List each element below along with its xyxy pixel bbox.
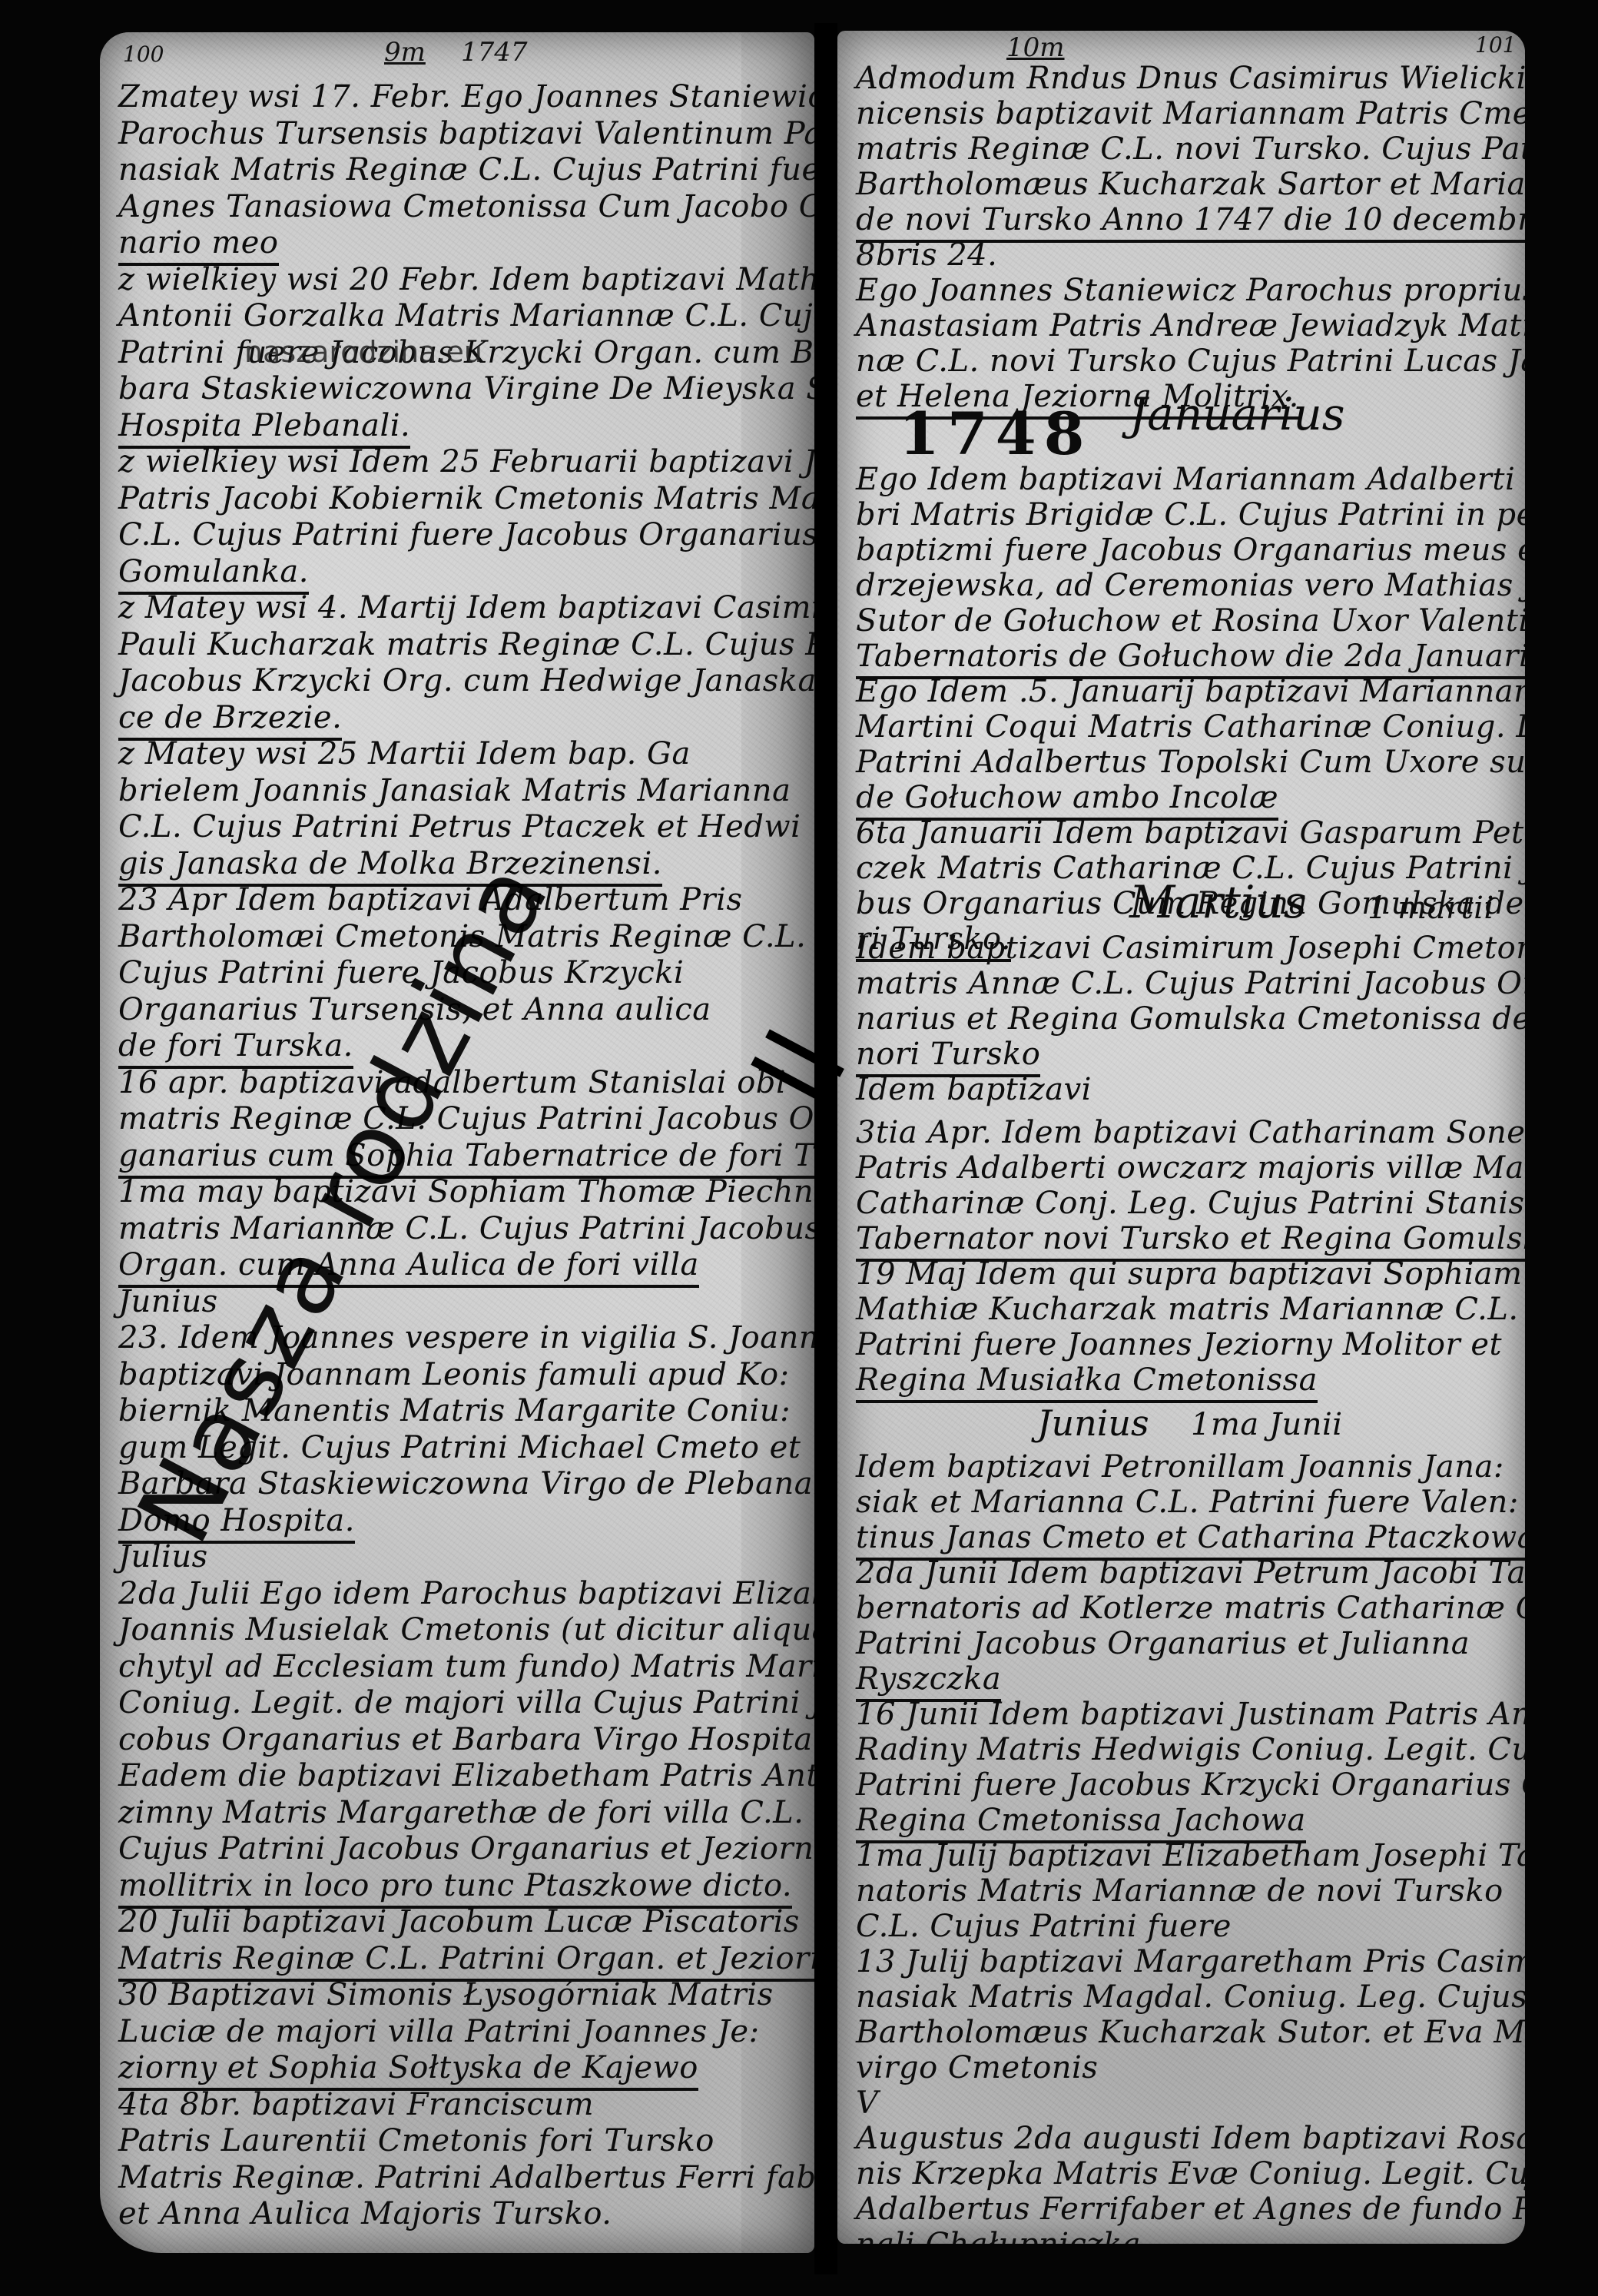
register-line: Gomulanka. <box>118 553 309 590</box>
register-line: 2da Junii Idem baptizavi Petrum Jacobi T… <box>856 1554 1525 1591</box>
register-line: Radiny Matris Hedwigis Coniug. Legit. Cu… <box>856 1731 1525 1768</box>
register-line: Antonii Gorzalka Matris Mariannæ C.L. Cu… <box>118 297 814 334</box>
register-line: Bartholomæus Kucharzak Sutor. et Eva Mar… <box>856 2014 1525 2051</box>
register-line: Admodum Rndus Dnus Casimirus Wielicki Pa… <box>856 60 1525 97</box>
register-line: Adalbertus Ferrifaber et Agnes de fundo … <box>856 2191 1525 2228</box>
month-heading-january: Januarius <box>1129 388 1345 440</box>
register-line: Regina Cmetonissa Jachowa <box>856 1802 1306 1839</box>
register-line: brielem Joannis Janasiak Matris Marianna <box>118 772 791 809</box>
register-line: Parochus Tursensis baptizavi Valentinum … <box>118 115 814 152</box>
register-line: et Anna Aulica Majoris Tursko. <box>118 2195 612 2232</box>
register-line: zimny Matris Margarethæ de fori villa C.… <box>118 1794 804 1831</box>
register-line: Pauli Kucharzak matris Reginæ C.L. Cujus… <box>118 626 814 663</box>
june-date: 1ma Junii <box>1191 1406 1343 1443</box>
register-line: Tabernator novi Tursko et Regina Gomulsk… <box>856 1220 1525 1257</box>
register-line: Regina Musiałka Cmetonissa <box>856 1362 1318 1399</box>
register-line: matris Annæ C.L. Cujus Patrini Jacobus O… <box>856 965 1525 1002</box>
register-line: nori Tursko <box>856 1036 1040 1073</box>
register-line: ce de Brzezie. <box>118 699 342 736</box>
register-line: Jacobus Krzycki Org. cum Hedwige Janaska… <box>118 662 814 699</box>
register-line: Hospita Plebanali. <box>118 407 410 444</box>
register-line: 16 Junii Idem baptizavi Justinam Patris … <box>856 1696 1525 1733</box>
register-line: Patrini fuere Joannes Jeziorny Molitor e… <box>856 1326 1502 1363</box>
year-heading: 1748 <box>899 400 1092 468</box>
register-line: Cujus Patrini Jacobus Organarius et Jezi… <box>118 1830 814 1867</box>
register-line: Ryszczka <box>856 1661 1001 1697</box>
register-line: z wielkiey wsi Idem 25 Februarii baptiza… <box>118 443 814 480</box>
register-line: nasiak Matris Magdal. Coniug. Leg. Cujus… <box>856 1979 1525 2016</box>
register-line: tinus Janas Cmeto et Catharina Ptaczkowa <box>856 1519 1525 1556</box>
register-line: de novi Tursko Anno 1747 die 10 decembr. <box>856 201 1525 238</box>
register-line: Zmatey wsi 17. Febr. Ego Joannes Staniew… <box>118 78 814 115</box>
register-line: V <box>856 2085 878 2122</box>
register-line: Patrini Jacobus Organarius et Julianna <box>856 1625 1470 1662</box>
register-line: Patris Laurentii Cmetonis fori Tursko <box>118 2122 714 2159</box>
register-line: Patris Adalberti owczarz majoris villæ M… <box>856 1150 1525 1186</box>
register-line: Catharinæ Conj. Leg. Cujus Patrini Stani… <box>856 1185 1525 1222</box>
register-line: C.L. Cujus Patrini fuere <box>856 1908 1232 1945</box>
register-line: bri Matris Brigidæ C.L. Cujus Patrini in… <box>856 496 1525 533</box>
register-line: Matris Reginæ. Patrini Adalbertus Ferri … <box>118 2159 814 2196</box>
register-line: Joannis Musielak Cmetonis (ut dicitur al… <box>118 1611 814 1648</box>
register-line: 19 Maj Idem qui supra baptizavi Sophiam <box>856 1256 1523 1292</box>
register-line: ziorny et Sophia Sołtyska de Kajewo <box>118 2049 698 2086</box>
register-line: Organ. cum Anna Aulica de fori villa <box>118 1246 699 1283</box>
register-line: Patris Jacobi Kobiernik Cmetonis Matris … <box>118 480 814 517</box>
register-line: Matris Reginæ C.L. Patrini Organ. et Jez… <box>118 1940 814 1977</box>
register-line: nasiak Matris Reginæ C.L. Cujus Patrini … <box>118 151 814 188</box>
register-line: z Matey wsi 4. Martij Idem baptizavi Cas… <box>118 589 814 626</box>
register-line: C.L. Cujus Patrini Petrus Ptaczek et Hed… <box>118 808 801 845</box>
register-line: matris Reginæ C.L. novi Tursko. Cujus Pa… <box>856 131 1525 168</box>
register-line: bara Staskiewiczowna Virgine De Mieyska … <box>118 370 814 407</box>
register-line: Junius <box>118 1283 218 1320</box>
register-line: 2da Julii Ego idem Parochus baptizavi El… <box>118 1575 814 1612</box>
register-line: Sutor de Gołuchow et Rosina Uxor Valenti… <box>856 602 1525 639</box>
register-line: Bartholomæus Kucharzak Sartor et Mariann… <box>856 166 1525 203</box>
register-line: z Matey wsi 25 Martii Idem bap. Ga <box>118 735 691 772</box>
register-line: 8bris 24. <box>856 237 997 274</box>
register-line: ganarius cum Sophia Tabernatrice de fori… <box>118 1137 814 1174</box>
register-line: Mathiæ Kucharzak matris Mariannæ C.L. Cu… <box>856 1291 1525 1328</box>
register-line: Idem baptizavi Petronillam Joannis Jana: <box>856 1448 1504 1485</box>
register-line: 1ma Julij baptizavi Elizabetham Josephi … <box>856 1837 1525 1874</box>
register-line: gis Janaska de Molka Brzezinensi. <box>118 845 662 882</box>
register-line: Ego Joannes Staniewicz Parochus proprius… <box>856 272 1525 309</box>
register-line: de fori Turska. <box>118 1027 353 1064</box>
register-line: Idem baptizavi <box>856 1071 1092 1108</box>
register-line: Augustus 2da augusti Idem baptizavi Rosa… <box>856 2120 1525 2157</box>
register-line: z wielkiey wsi 20 Febr. Idem baptizavi M… <box>118 261 814 298</box>
month-heading-march: Martius <box>1129 876 1307 928</box>
register-line: Agnes Tanasiowa Cmetonissa Cum Jacobo Or… <box>118 188 814 225</box>
register-line: Tabernatoris de Gołuchow die 2da Januari… <box>856 638 1525 675</box>
register-line: 30 Baptizavi Simonis Łysogórniak Matris <box>118 1976 774 2013</box>
register-line: 1ma may baptizavi Sophiam Thomæ Piechnar… <box>118 1173 814 1210</box>
register-line: matris Mariannæ C.L. Cujus Patrini Jacob… <box>118 1210 814 1247</box>
register-line: 13 Julij baptizavi Margaretham Pris Casi… <box>856 1943 1525 1980</box>
register-line: narius et Regina Gomulska Cmetonissa de … <box>856 1000 1525 1037</box>
book-gutter <box>814 23 837 2274</box>
register-line: bernatoris ad Kotlerze matris Catharinæ … <box>856 1590 1525 1627</box>
register-line: nario meo <box>118 224 279 261</box>
register-line: virgo Cmetonis <box>856 2049 1098 2086</box>
register-line: baptizmi fuere Jacobus Organarius meus e… <box>856 532 1525 569</box>
register-line: Anastasiam Patris Andreæ Jewiadzyk Matri… <box>856 307 1525 344</box>
register-line: siak et Marianna C.L. Patrini fuere Vale… <box>856 1484 1519 1521</box>
register-line: nicensis baptizavit Mariannam Patris Cme… <box>856 95 1525 132</box>
watermark-url: naszarodzina.eu <box>244 335 482 369</box>
register-line: Coniug. Legit. de majori villa Cujus Pat… <box>118 1684 814 1721</box>
register-line: Idem baptizavi Casimirum Josephi Cmetoni… <box>856 930 1525 967</box>
register-line: chytyl ad Ecclesiam tum fundo) Matris Ma… <box>118 1648 814 1685</box>
register-line: 20 Julii baptizavi Jacobum Lucæ Piscator… <box>118 1903 800 1940</box>
register-line: Patrini Adalbertus Topolski Cum Uxore su… <box>856 744 1525 781</box>
register-line: nis Krzepka Matris Evæ Coniug. Legit. Cu… <box>856 2155 1525 2192</box>
register-line: næ C.L. novi Tursko Cujus Patrini Lucas … <box>856 343 1525 380</box>
register-line: drzejewska, ad Ceremonias vero Mathias J… <box>856 567 1525 604</box>
register-line: 4ta 8br. baptizavi Franciscum <box>118 2086 594 2123</box>
month-heading-june: Junius <box>1037 1402 1149 1444</box>
register-line: mollitrix in loco pro tunc Ptaszkowe dic… <box>118 1867 792 1904</box>
right-page-entries: Admodum Rndus Dnus Casimirus Wielicki Pa… <box>837 31 1525 2244</box>
march-date: 1 martii <box>1368 890 1494 927</box>
register-line: Eadem die baptizavi Elizabetham Patris A… <box>118 1757 814 1794</box>
right-register-page: 10m 101 Admodum Rndus Dnus Casimirus Wie… <box>837 31 1525 2244</box>
register-line: 3tia Apr. Idem baptizavi Catharinam Sone… <box>856 1114 1525 1151</box>
register-line: C.L. Cujus Patrini fuere Jacobus Organar… <box>118 516 814 553</box>
register-line: de Gołuchow ambo Incolæ <box>856 779 1278 816</box>
register-line: Ego Idem .5. Januarij baptizavi Marianna… <box>856 673 1525 710</box>
register-line: natoris Matris Mariannæ de novi Tursko <box>856 1873 1504 1909</box>
register-line: 6ta Januarii Idem baptizavi Gasparum Pet… <box>856 815 1525 851</box>
register-line: Martini Coqui Matris Catharinæ Coniug. L… <box>856 708 1525 745</box>
register-line: nali Chałupniczka. <box>856 2226 1151 2244</box>
register-line: Patrini fuere Jacobus Krzycki Organarius… <box>856 1767 1525 1803</box>
register-line: cobus Organarius et Barbara Virgo Hospit… <box>118 1721 813 1758</box>
register-line: Luciæ de majori villa Patrini Joannes Je… <box>118 2013 760 2050</box>
register-line: matris Reginæ C.L. Cujus Patrini Jacobus… <box>118 1100 814 1137</box>
